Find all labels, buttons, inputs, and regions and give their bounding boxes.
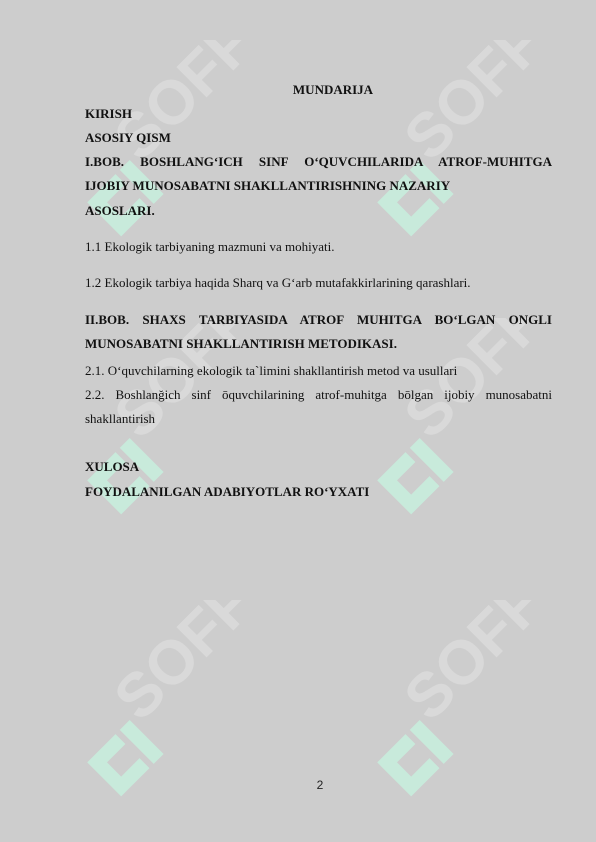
toc-item-section-1-1: 1.1 Ekologik tarbiyaning mazmuni va mohi… bbox=[85, 239, 334, 255]
toc-item-kirish: KIRISH bbox=[85, 106, 132, 122]
svg-text:SOFF: SOFF bbox=[391, 318, 550, 451]
watermark-soff: SOFF bbox=[70, 318, 260, 558]
toc-item-section-2-1: 2.1. O‘quvchilarning ekologik ta`limini … bbox=[85, 363, 457, 379]
svg-text:SOFF: SOFF bbox=[101, 600, 260, 733]
toc-item-chapter-1-line-2: IJOBIY MUNOSABATNI SHAKLLANTIRISHNING NA… bbox=[85, 178, 450, 194]
toc-item-asosiy-qism: ASOSIY QISM bbox=[85, 130, 171, 146]
toc-item-references: FOYDALANILGAN ADABIYOTLAR RO‘YXATI bbox=[85, 484, 369, 500]
svg-text:SOFF: SOFF bbox=[391, 600, 550, 733]
page-title: MUNDARIJA bbox=[0, 82, 596, 98]
toc-item-xulosa: XULOSA bbox=[85, 459, 139, 475]
toc-item-chapter-1-line-3: ASOSLARI. bbox=[85, 203, 155, 219]
watermark-soff: SOFF bbox=[360, 600, 550, 840]
toc-item-chapter-2-line-2: MUNOSABATNI SHAKLLANTIRISH METODIKASI. bbox=[85, 336, 397, 352]
toc-item-section-2-2-line-1: 2.2. Boshlanğich sinf ōquvchilarining at… bbox=[85, 387, 552, 403]
page-number: 2 bbox=[0, 778, 596, 792]
toc-item-section-1-2: 1.2 Ekologik tarbiya haqida Sharq va G‘a… bbox=[85, 275, 471, 291]
toc-item-section-2-2-line-2: shakllantirish bbox=[85, 411, 155, 427]
toc-item-chapter-2-line-1: II.BOB. SHAXS TARBIYASIDA ATROF MUHITGA … bbox=[85, 312, 552, 328]
watermark-soff: SOFF bbox=[360, 318, 550, 558]
watermark-soff: SOFF bbox=[70, 600, 260, 840]
toc-item-chapter-1-line-1: I.BOB. BOSHLANG‘ICH SINF O‘QUVCHILARIDA … bbox=[85, 154, 552, 170]
